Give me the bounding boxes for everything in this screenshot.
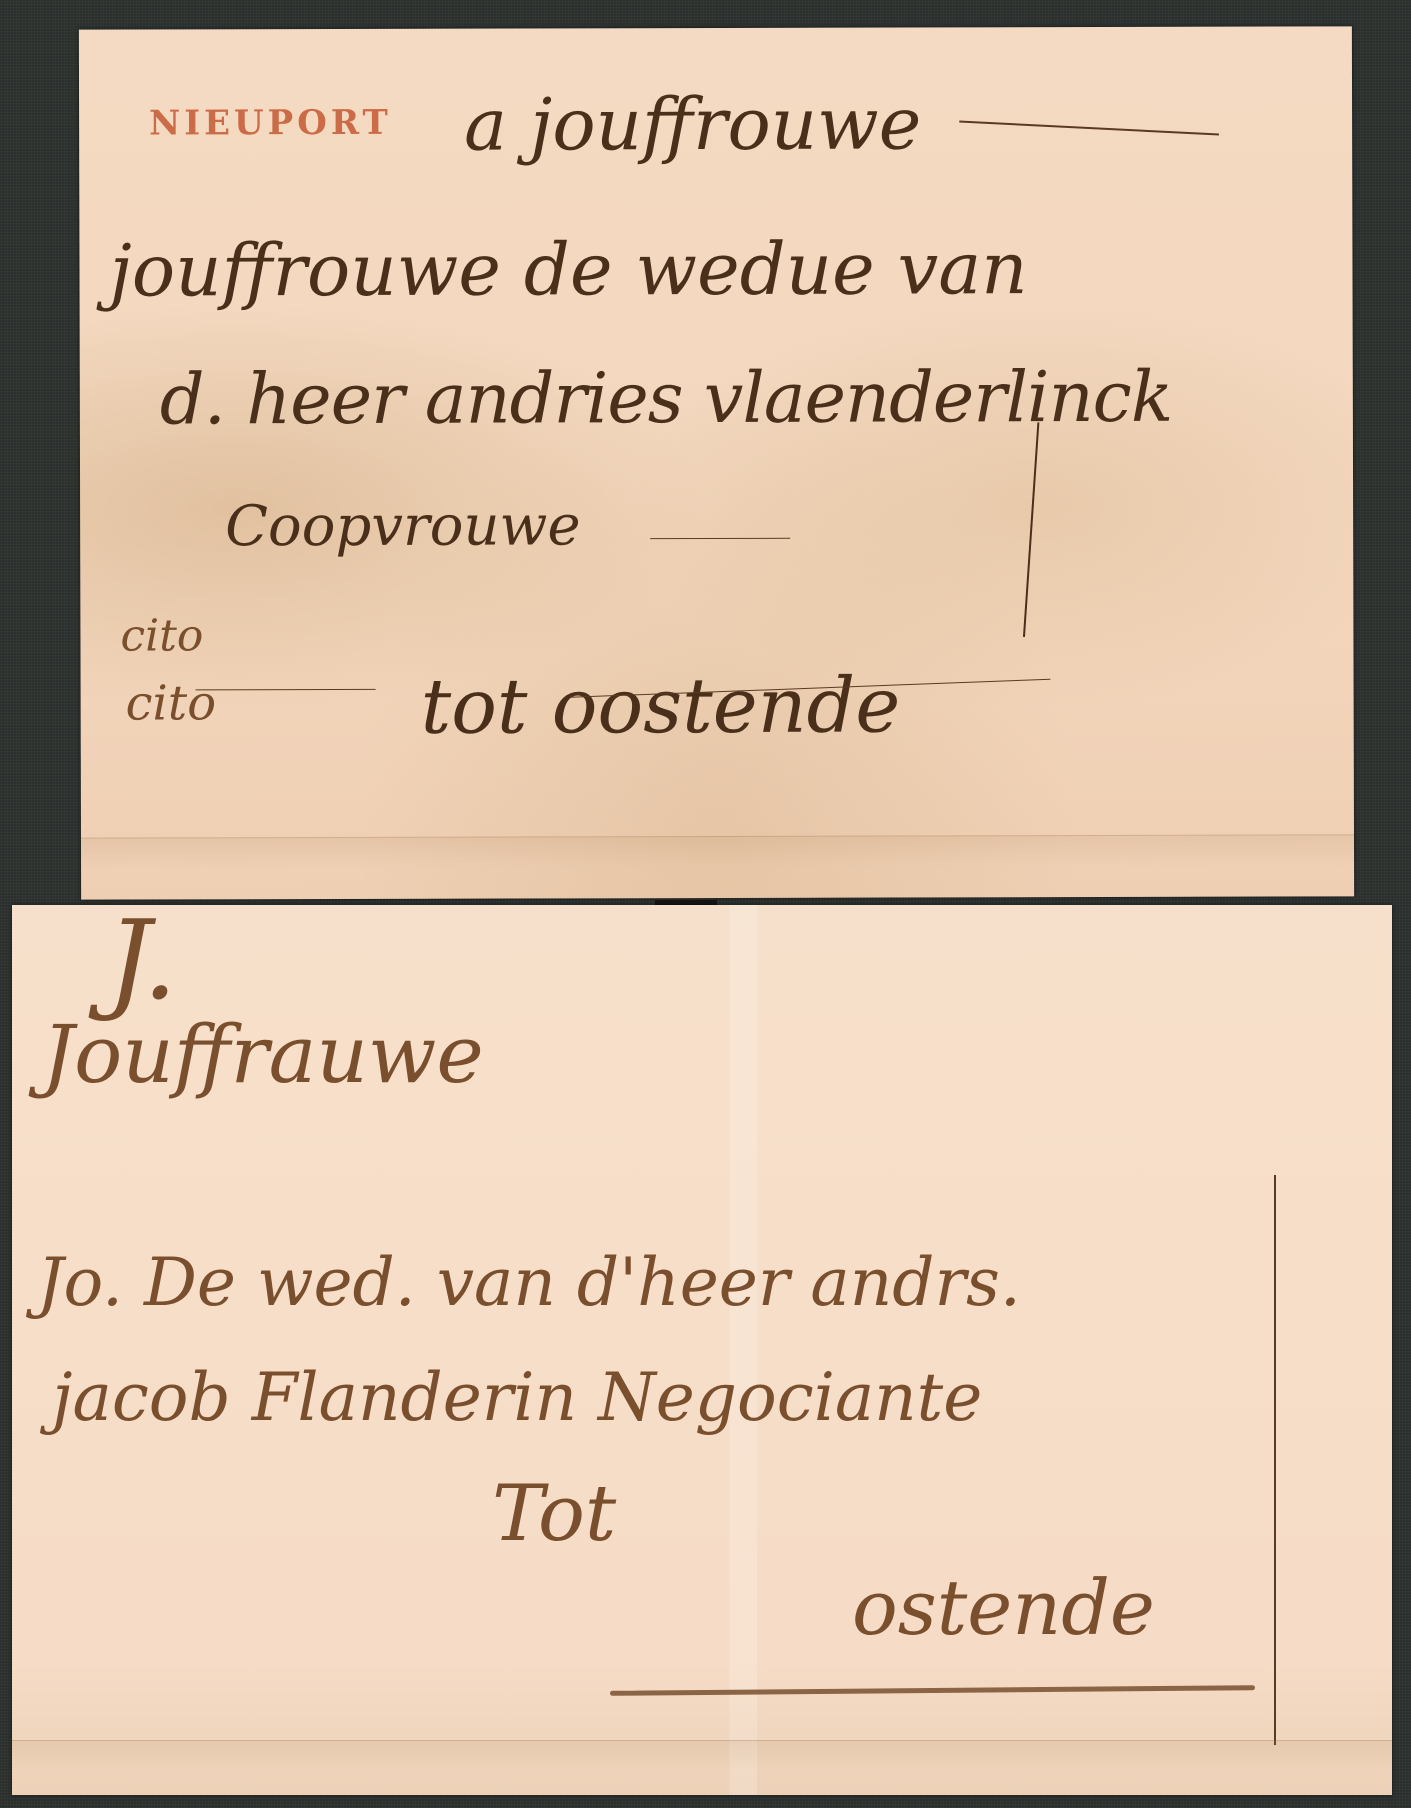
nieuport-postmark: NIEUPORT [149, 103, 392, 144]
address-line-1: a jouffrouwe [464, 87, 921, 160]
flourish-underline [610, 1685, 1255, 1696]
fold-crease [12, 1740, 1392, 1771]
address-initial: J. [107, 905, 178, 1015]
letter-top: NIEUPORT a jouffrouwe jouffrouwe de wedu… [79, 26, 1354, 899]
letter-bottom: J. Jouffrauwe Jo. De wed. van d'heer and… [12, 905, 1392, 1795]
vertical-stroke [1023, 422, 1039, 637]
margin-note-cito-2: cito [126, 679, 217, 727]
address-line-4: Coopvrouwe [225, 498, 581, 555]
address-line-5: ostende [852, 1570, 1155, 1646]
address-line-3: d. heer andries vlaenderlinck [160, 362, 1173, 435]
flourish-line [650, 538, 790, 539]
cito-underline [196, 689, 376, 690]
address-line-2: jouffrouwe de wedue van [109, 232, 1027, 306]
address-line-5: tot oostende [421, 668, 901, 745]
address-line-1: Jouffrauwe [42, 1015, 484, 1095]
address-line-4: Tot [492, 1475, 616, 1553]
address-line-3: jacob Flanderin Negociante [52, 1365, 982, 1431]
fold-crease [81, 834, 1354, 868]
address-line-2: Jo. De wed. van d'heer andrs. [37, 1250, 1021, 1316]
flourish-line [959, 121, 1219, 136]
margin-note-cito-1: cito [120, 614, 203, 658]
vertical-stroke [1274, 1175, 1276, 1745]
